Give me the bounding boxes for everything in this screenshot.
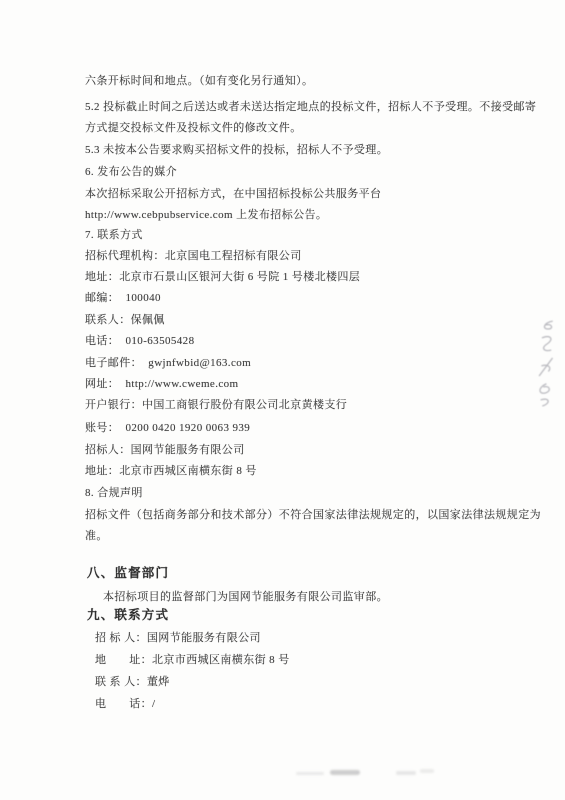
line-9-tenderer: 招 标 人：国网节能服务有限公司 [95, 631, 261, 646]
line-contact-person: 联系人：保佩佩 [85, 313, 165, 328]
line-email: 电子邮件： gwjnfwbid@163.com [85, 356, 251, 371]
line-compliance-continued: 准。 [85, 529, 108, 544]
handwritten-mark [532, 317, 563, 410]
line-opening-time-location: 六条开标时间和地点。（如有变化另行通知）。 [85, 74, 313, 89]
line-website: 网址： http://www.cweme.com [85, 377, 238, 392]
line-9-address: 地 址：北京市西城区南横东街 8 号 [95, 653, 290, 668]
line-phone: 电话： 010-63505428 [85, 334, 194, 349]
scan-smudge [420, 769, 434, 773]
line-supervision-department: 本招标项目的监督部门为国网节能服务有限公司监审部。 [103, 590, 388, 605]
scan-smudge [330, 770, 360, 775]
section-heading-supervision: 八、监督部门 [87, 566, 169, 581]
line-bank-name: 开户银行：中国工商银行股份有限公司北京黄楼支行 [85, 398, 347, 413]
scanned-document-page: 六条开标时间和地点。（如有变化另行通知）。 5.2 投标截止时间之后送达或者未送… [0, 0, 565, 800]
line-tenderer-name: 招标人：国网节能服务有限公司 [85, 443, 245, 458]
line-announcement-url: http://www.cebpubservice.com 上发布招标公告。 [85, 208, 327, 223]
heading-7-contact-info: 7. 联系方式 [85, 228, 143, 243]
line-5-2-submission-rule: 5.2 投标截止时间之后送达或者未送达指定地点的投标文件，招标人不予受理。不接受… [85, 100, 536, 115]
heading-8-compliance: 8. 合规声明 [85, 486, 143, 501]
line-9-phone: 电 话：/ [95, 697, 155, 712]
line-compliance-statement: 招标文件（包括商务部分和技术部分）不符合国家法律法规规定的，以国家法律法规规定为 [85, 508, 541, 523]
line-agency-name: 招标代理机构：北京国电工程招标有限公司 [85, 249, 302, 264]
heading-6-announcement-media: 6. 发布公告的媒介 [85, 165, 177, 180]
line-tenderer-address: 地址：北京市西城区南横东街 8 号 [85, 464, 257, 479]
line-9-contact-person: 联 系 人：董烨 [95, 675, 170, 690]
line-5-2-continued: 方式提交投标文件及投标文件的修改文件。 [85, 121, 302, 136]
line-postal-code: 邮编： 100040 [85, 291, 161, 306]
line-bank-account: 账号： 0200 0420 1920 0063 939 [85, 421, 250, 436]
line-5-3-purchase-rule: 5.3 未按本公告要求购买招标文件的投标，招标人不予受理。 [85, 143, 388, 158]
line-agency-address: 地址：北京市石景山区银河大街 6 号院 1 号楼北楼四层 [85, 270, 360, 285]
section-heading-contact: 九、联系方式 [87, 608, 169, 623]
scan-smudge [296, 772, 324, 775]
line-announcement-method: 本次招标采取公开招标方式，在中国招标投标公共服务平台 [85, 187, 381, 202]
scan-smudge [396, 771, 416, 775]
